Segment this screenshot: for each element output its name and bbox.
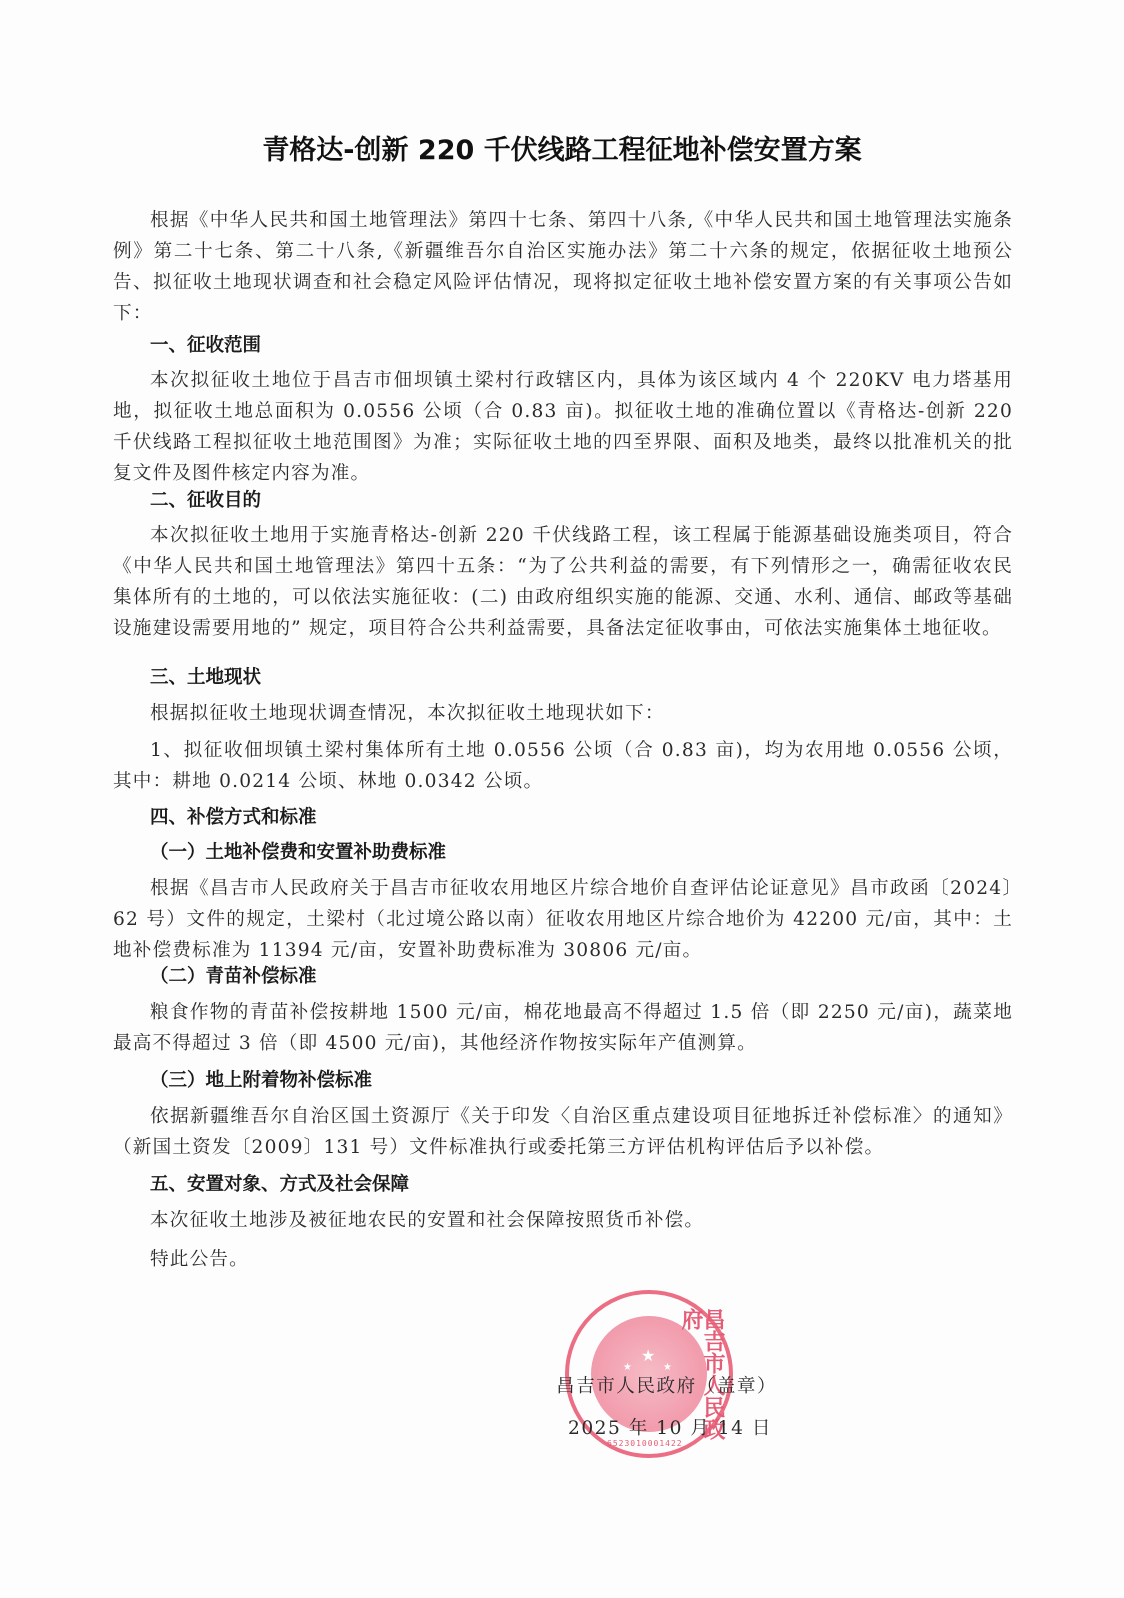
- subsection-heading-attachments: （三）地上附着物补偿标准: [150, 1066, 372, 1092]
- subsection-heading-crops: （二）青苗补偿标准: [150, 962, 317, 988]
- subsection-heading-land: （一）土地补偿费和安置补助费标准: [150, 838, 446, 864]
- subsection-crops-paragraph: 粮食作物的青苗补偿按耕地 1500 元/亩，棉花地最高不得超过 1.5 倍（即 …: [113, 997, 1013, 1059]
- section-heading-status: 三、土地现状: [150, 663, 261, 689]
- section-heading-scope: 一、征收范围: [150, 331, 261, 357]
- section-resettlement-paragraph: 本次征收土地涉及被征地农民的安置和社会保障按照货币补偿。: [113, 1205, 1013, 1236]
- subsection-attachments-paragraph: 依据新疆维吾尔自治区国土资源厅《关于印发〈自治区重点建设项目征地拆迁补偿标准〉的…: [113, 1101, 1013, 1163]
- intro-paragraph: 根据《中华人民共和国土地管理法》第四十七条、第四十八条,《中华人民共和国土地管理…: [113, 205, 1013, 329]
- section-heading-resettlement: 五、安置对象、方式及社会保障: [150, 1170, 409, 1196]
- signature-date: 2025 年 10 月 14 日: [568, 1414, 772, 1440]
- section-heading-compensation: 四、补偿方式和标准: [150, 803, 317, 829]
- document-title: 青格达-创新 220 千伏线路工程征地补偿安置方案: [0, 128, 1124, 167]
- subsection-land-paragraph: 根据《昌吉市人民政府关于昌吉市征收农用地区片综合地价自查评估论证意见》昌市政函〔…: [113, 873, 1013, 966]
- seal-code: 6523010001422: [607, 1439, 683, 1448]
- signer-name: 昌吉市人民政府（盖章）: [556, 1372, 777, 1398]
- section-purpose-paragraph: 本次拟征收土地用于实施青格达-创新 220 千伏线路工程，该工程属于能源基础设施…: [113, 520, 1013, 644]
- star-icon: ★: [641, 1346, 655, 1365]
- section-scope-paragraph: 本次拟征收土地位于昌吉市佃坝镇土梁村行政辖区内，具体为该区域内 4 个 220K…: [113, 365, 1013, 489]
- section-heading-purpose: 二、征收目的: [150, 486, 261, 512]
- document-page: 青格达-创新 220 千伏线路工程征地补偿安置方案 根据《中华人民共和国土地管理…: [0, 0, 1124, 1598]
- section-status-paragraph-1: 根据拟征收土地现状调查情况，本次拟征收土地现状如下：: [113, 698, 1013, 729]
- section-status-paragraph-2: 1、拟征收佃坝镇土梁村集体所有土地 0.0556 公顷（合 0.83 亩)，均为…: [113, 735, 1013, 797]
- closing-text: 特此公告。: [150, 1245, 249, 1271]
